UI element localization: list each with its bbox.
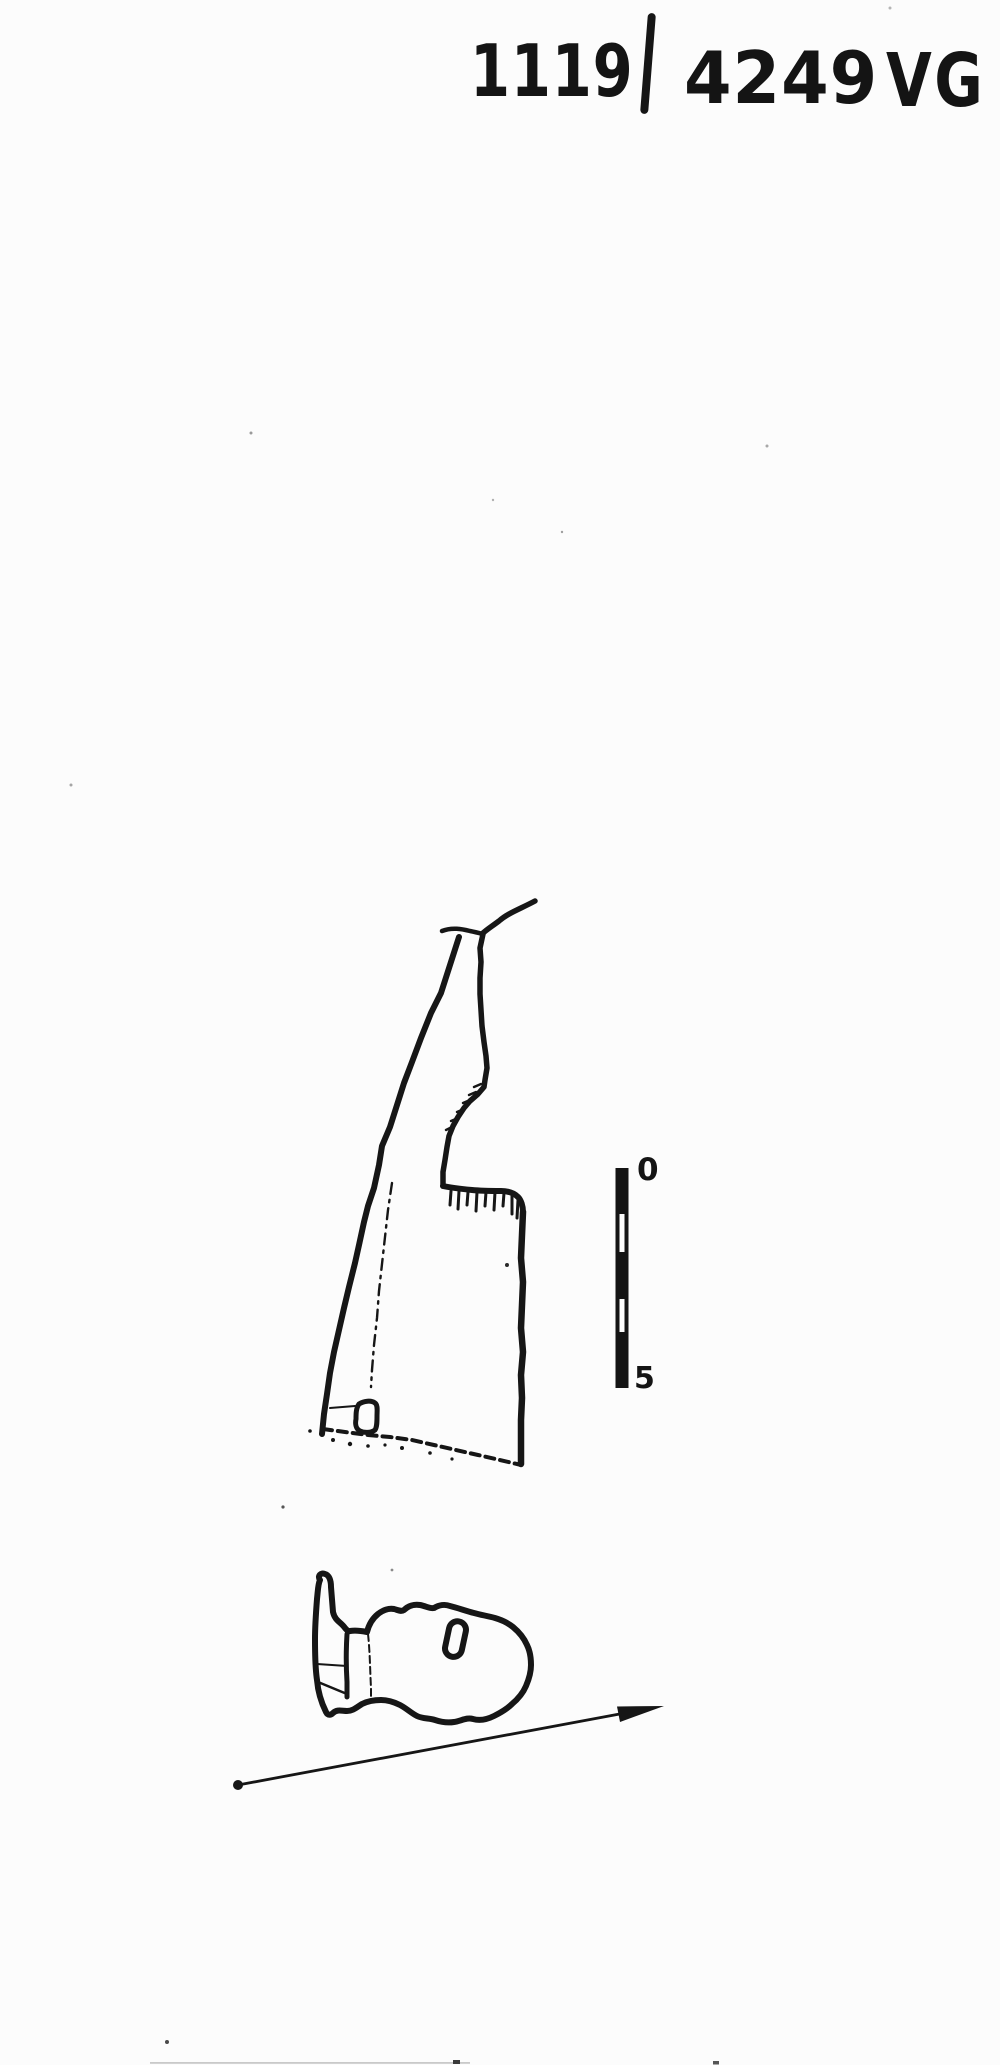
profile-surface-line [482,901,535,934]
profile-plumb-dash-line [371,1183,392,1387]
scale-bar-body [616,1168,629,1388]
scale-bar [616,1168,629,1388]
profile-entrance-ledge-line [442,929,483,934]
profile-floor-block [356,1401,378,1432]
profile-block-connector-line [330,1406,355,1408]
scale-bar-white-segment-2 [620,1299,625,1332]
scanned-drawing-page: 1119 4249 VG 0 5 [0,0,1000,2065]
drawing-layer [0,0,1000,2065]
scale-bar-white-segment-1 [620,1214,625,1252]
plan-step-line-1 [317,1664,347,1666]
profile-section-figure [308,901,535,1465]
profile-floor-rubble-line [323,1429,521,1465]
arrow-head [617,1706,664,1722]
direction-arrow [233,1706,664,1790]
plan-opening-ring [443,1620,467,1659]
plan-step-line-2 [318,1682,347,1694]
plan-view-figure [315,1573,531,1722]
profile-right-wall-lower [521,1212,523,1464]
arrow-shaft [238,1713,625,1785]
plan-neck-right-edge [368,1634,371,1700]
profile-ledge-hatch-ticks [450,1191,518,1218]
